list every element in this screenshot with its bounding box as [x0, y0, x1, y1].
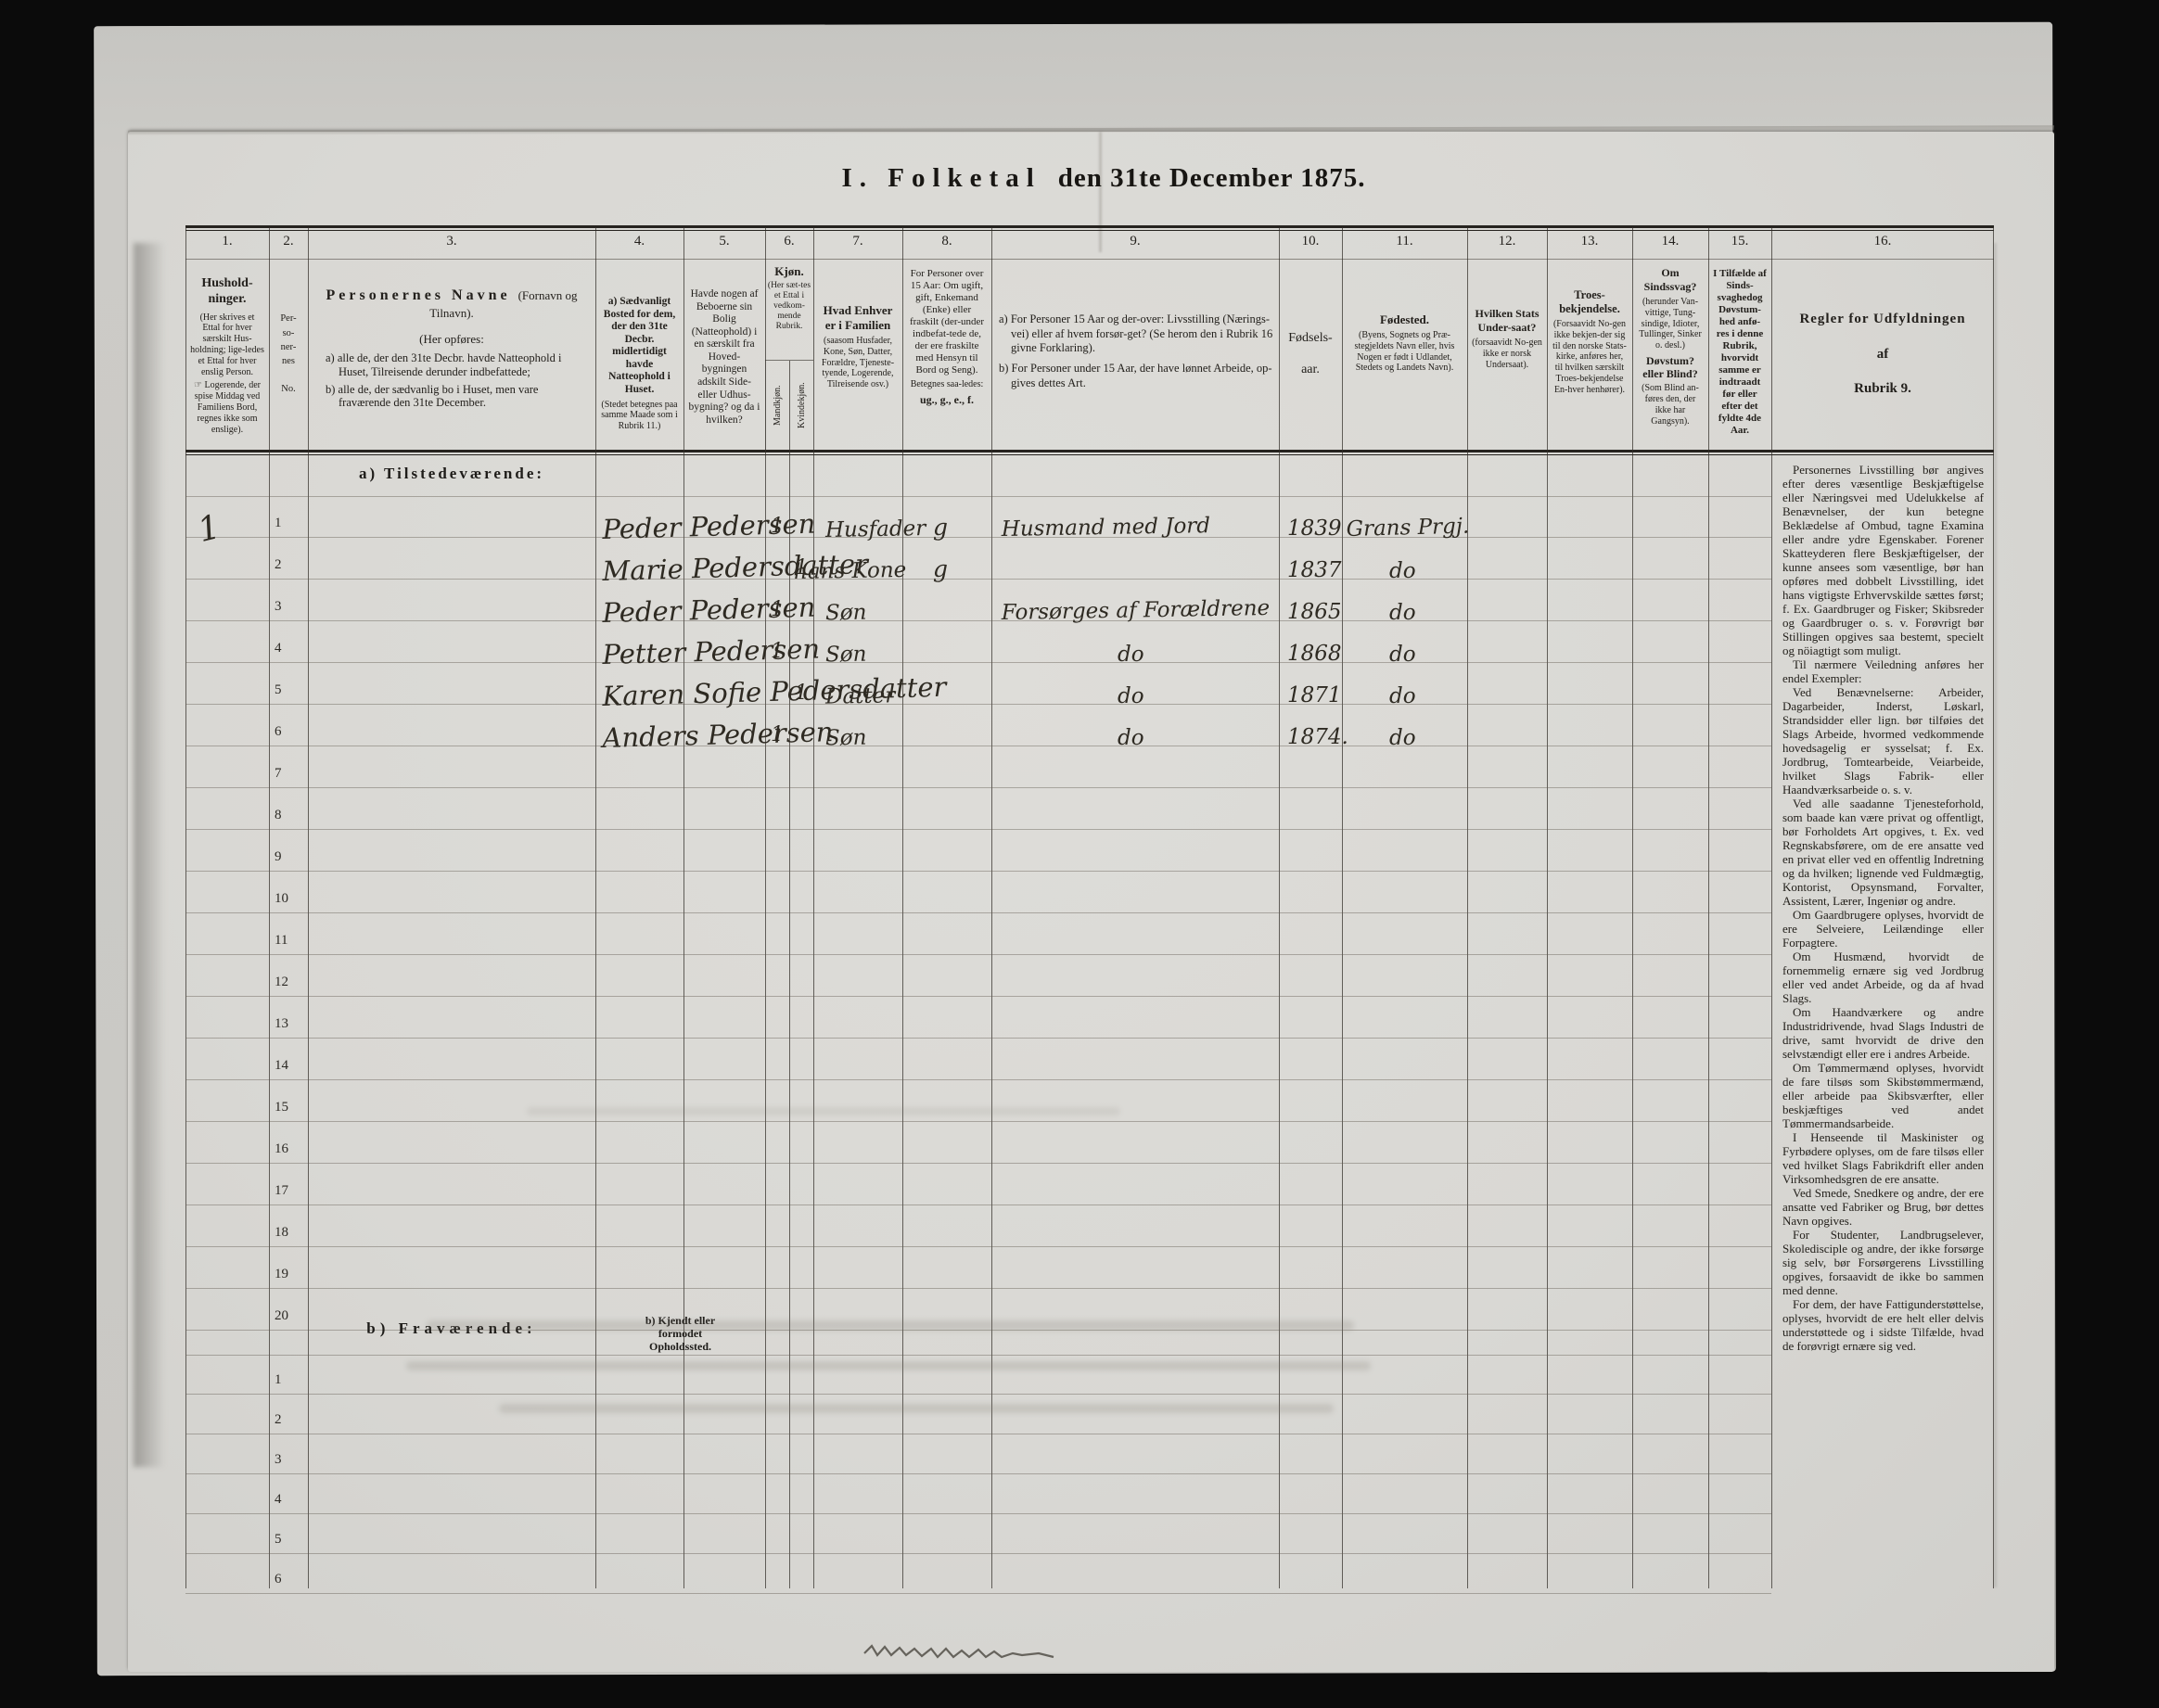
present-rows: 11Peder Pedersen1HusfadergHusmand med Jo…	[185, 496, 1771, 1331]
column-number: 11.	[1342, 227, 1467, 259]
rules-paragraph: Ved Smede, Snedkere og andre, der ere an…	[1782, 1186, 1984, 1228]
section-present-label: a) Tilstedeværende:	[308, 465, 595, 483]
person-no: 8	[275, 808, 282, 823]
person-no: 6	[275, 1572, 282, 1587]
header-title: Om Sindssvag?	[1644, 266, 1697, 293]
family-position: hans Kone	[794, 558, 907, 584]
bleed-through-smudge	[527, 1107, 1120, 1115]
person-no: 15	[275, 1100, 288, 1115]
family-position: Søn	[825, 601, 867, 626]
column-number: 13.	[1547, 227, 1632, 259]
census-row-present-11: 11	[185, 913, 1771, 955]
person-no: 7	[275, 766, 282, 782]
person-no: 19	[275, 1267, 288, 1282]
person-no: 14	[275, 1058, 288, 1074]
census-row-present-5: 5Karen Sofie Pedersdatter1Datterdo1871do	[185, 663, 1771, 705]
header-title: Rubrik 9.	[1776, 381, 1989, 398]
column-number: 2.	[269, 227, 308, 259]
column-header-disability: Om Sindssvag? (herunder Van-vittige, Tun…	[1632, 259, 1708, 450]
column-header-person-no: Per- so- ner- nes No.	[269, 259, 308, 450]
person-no: 3	[275, 599, 282, 615]
census-row-absent-2: 2	[185, 1395, 1771, 1434]
column-number: 3.	[308, 227, 595, 259]
column-header-birthplace: Fødested. (Byens, Sognets og Præ-stegjel…	[1342, 259, 1467, 450]
family-position: Datter	[825, 683, 896, 708]
column-number: 7.	[813, 227, 902, 259]
birth-year: 1839	[1287, 516, 1342, 541]
birthplace: do	[1389, 643, 1416, 667]
person-no: 1	[275, 1372, 282, 1388]
column-number: 5.	[683, 227, 765, 259]
rules-paragraph: I Henseende til Maskinister og Fyrbødere…	[1782, 1130, 1984, 1186]
census-row-present-19: 19	[185, 1247, 1771, 1289]
person-no: 4	[275, 641, 282, 656]
header-note: (Forsaavidt No-gen ikke bekjen-der sig t…	[1552, 319, 1628, 396]
column-header-usual-residence: a) Sædvanligt Bosted for dem, der den 31…	[595, 259, 683, 450]
column-header-citizenship: Hvilken Stats Under-saat? (forsaavidt No…	[1467, 259, 1547, 450]
header-text: I Tilfælde af Sinds-svaghedog Døvstum-he…	[1713, 268, 1767, 436]
census-row-present-4: 4Petter Pedersen1Søndo1868do	[185, 621, 1771, 663]
column-number: 12.	[1467, 227, 1547, 259]
rules-paragraph: Ved Benævnelserne: Arbeider, Dagarbeider…	[1782, 685, 1984, 797]
title-rest: den 31te December 1875.	[1058, 163, 1366, 193]
bleed-through-smudge	[406, 1361, 1371, 1370]
person-no: 16	[275, 1141, 288, 1157]
person-no: 5	[275, 1532, 282, 1548]
census-row-absent-3: 3	[185, 1434, 1771, 1474]
birth-year: 1868	[1287, 642, 1342, 666]
person-no: 5	[275, 682, 282, 698]
column-number: 16.	[1771, 227, 1994, 259]
census-row-absent-6: 6	[185, 1554, 1771, 1594]
census-row-present-18: 18	[185, 1205, 1771, 1247]
person-no: 18	[275, 1225, 288, 1241]
rules-paragraph: Ved alle saadanne Tjenesteforhold, som b…	[1782, 797, 1984, 908]
column-header-sex: Kjøn. (Her sæt-tes et Ettal i vedkom-men…	[765, 259, 813, 450]
census-row-present-16: 16	[185, 1122, 1771, 1164]
census-page: I. Folketalden 31te December 1875. 1.2.3…	[128, 132, 2054, 1672]
header-title: Hvad Enhver er i Familien	[824, 303, 893, 332]
header-title: af	[1776, 347, 1989, 363]
census-row-present-6: 6Anders Pedersen1Søndo1874.do	[185, 705, 1771, 746]
person-no: 4	[275, 1492, 282, 1508]
person-name: Anders Pedersen	[602, 716, 834, 754]
census-row-absent-5: 5	[185, 1514, 1771, 1554]
header-text: a) Sædvanligt Bosted for dem, der den 31…	[604, 296, 675, 395]
column-header-rules: Regler for Udfyldningen af Rubrik 9.	[1771, 259, 1994, 450]
male-mark: 1	[765, 640, 789, 663]
person-no: 2	[275, 1412, 282, 1428]
column-header-marital-status: For Personer over 15 Aar: Om ugift, gift…	[902, 259, 991, 450]
column-number: 8.	[902, 227, 991, 259]
header-item-b: b) For Personer under 15 Aar, der have l…	[996, 362, 1274, 390]
page-title: I. Folketalden 31te December 1875.	[825, 163, 1382, 194]
header-text: For Personer over 15 Aar: Om ugift, gift…	[910, 268, 984, 376]
fold-line-right	[1994, 243, 1997, 1587]
column-number: 1.	[185, 227, 269, 259]
male-mark: 1	[765, 515, 789, 538]
female-column-label: Kvindekjøn.	[790, 361, 814, 450]
rules-paragraph: Om Gaardbrugere oplyses, hvorvidt de ere…	[1782, 908, 1984, 950]
column-number: 6.	[765, 227, 813, 259]
census-row-present-2: 2Marie Pedersdatter1hans Koneg1837do	[185, 538, 1771, 580]
family-position: Søn	[825, 643, 867, 668]
column-header-households: Hushold- ninger. (Her skrives et Ettal f…	[185, 259, 269, 450]
marital-status: g	[933, 555, 948, 582]
census-row-present-17: 17	[185, 1164, 1771, 1205]
rules-paragraph: Personernes Livsstilling bør angives eft…	[1782, 463, 1984, 657]
male-column-label: Mandkjøn.	[765, 361, 790, 450]
rules-paragraph: Om Haandværkere og andre Industridrivend…	[1782, 1005, 1984, 1061]
column-number: 14.	[1632, 227, 1708, 259]
male-mark: 1	[765, 723, 789, 746]
person-no: 11	[275, 933, 287, 949]
header-sub: (Her opføres:	[313, 332, 591, 346]
column-header-names: Personernes Navne (Fornavn og Tilnavn). …	[308, 259, 595, 450]
family-position: Søn	[825, 726, 867, 751]
rules-paragraph: Om Tømmermænd oplyses, hvorvidt de fare …	[1782, 1061, 1984, 1130]
header-title: Troes- bekjendelse.	[1559, 288, 1620, 315]
female-mark: 1	[789, 682, 813, 705]
occupation: do	[1118, 726, 1144, 750]
birthplace: Grans Prgj.	[1346, 515, 1469, 542]
census-row-present-10: 10	[185, 872, 1771, 913]
rules-paragraph: Om Husmænd, hvorvidt de fornemmelig ernæ…	[1782, 950, 1984, 1005]
column-number: 10.	[1279, 227, 1342, 259]
section-absent: b) Fraværende: b) Kjendt eller formodet …	[185, 1312, 1771, 1356]
table-header: Hushold- ninger. (Her skrives et Ettal f…	[185, 259, 1994, 450]
absent-rows: 123456	[185, 1355, 1771, 1594]
header-item-b: b) alle de, der sædvanlig bo i Huset, me…	[313, 383, 591, 411]
person-no: 2	[275, 557, 282, 573]
header-note2: (Som Blind an-føres den, der ikke har Ga…	[1637, 383, 1704, 427]
birth-year: 1865	[1287, 600, 1342, 624]
column-header-disability-age: I Tilfælde af Sinds-svaghedog Døvstum-he…	[1708, 259, 1771, 450]
header-item-a: a) For Personer 15 Aar og der-over: Livs…	[996, 312, 1274, 356]
bleed-through-smudge	[499, 1404, 1334, 1413]
rules-paragraph: Til nærmere Veiledning anføres her endel…	[1782, 657, 1984, 685]
marital-status: g	[933, 514, 948, 541]
column-header-birth-year: Fødsels- aar.	[1279, 259, 1342, 450]
birthplace: do	[1389, 559, 1416, 583]
census-row-present-14: 14	[185, 1039, 1771, 1080]
birthplace: do	[1389, 601, 1416, 625]
header-title: Personernes Navne (Fornavn og Tilnavn).	[313, 287, 591, 323]
header-note: (forsaavidt No-gen ikke er norsk Undersa…	[1472, 338, 1542, 370]
bleed-through-smudge	[427, 1320, 1354, 1331]
column-header-creed: Troes- bekjendelse. (Forsaavidt No-gen i…	[1547, 259, 1632, 450]
column-header-family-position: Hvad Enhver er i Familien (saasom Husfad…	[813, 259, 902, 450]
header-note: (Stedet betegnes paa samme Maade som i R…	[600, 400, 679, 432]
person-no: 10	[275, 891, 288, 907]
header-item-a: a) alle de, der den 31te Decbr. havde Na…	[313, 351, 591, 379]
birthplace: do	[1389, 726, 1416, 750]
header-note: Betegnes saa-ledes:	[907, 379, 987, 390]
column-number: 9.	[991, 227, 1279, 259]
census-row-present-9: 9	[185, 830, 1771, 872]
header-title2: Døvstum? eller Blind?	[1637, 354, 1704, 380]
header-note: Logerende, der spise Middag ved Familien…	[195, 380, 261, 434]
column-header-outbuilding: Havde nogen af Beboerne sin Bolig (Natte…	[683, 259, 765, 450]
census-row-present-3: 3Peder Pedersen1SønForsørges af Forældre…	[185, 580, 1771, 621]
person-no: 1	[275, 516, 282, 531]
title-prefix: I. Folketal	[841, 163, 1041, 193]
page-edge-shadow	[134, 243, 165, 1467]
census-row-present-7: 7	[185, 746, 1771, 788]
birth-year: 1874.	[1287, 725, 1348, 749]
pointing-hand-icon: ☞	[194, 380, 202, 390]
header-title: Hvilken Stats Under-saat?	[1475, 307, 1539, 334]
header-title: Hushold- ninger.	[190, 276, 264, 308]
column-number-row: 1.2.3.4.5.6.7.8.9.10.11.12.13.14.15.16.	[185, 227, 1994, 259]
person-no: 9	[275, 849, 282, 865]
occupation: Husmand med Jord	[1002, 514, 1211, 542]
column-number: 15.	[1708, 227, 1771, 259]
header-title: Kjøn.	[767, 264, 811, 278]
sex-subcolumns: Mandkjøn. Kvindekjøn.	[765, 360, 813, 450]
census-row-present-13: 13	[185, 997, 1771, 1039]
male-mark: 1	[765, 598, 789, 621]
header-title: Fødested.	[1380, 312, 1429, 326]
person-no: 12	[275, 975, 288, 990]
scan-background: I. Folketalden 31te December 1875. 1.2.3…	[0, 0, 2159, 1708]
census-row-present-12: 12	[185, 955, 1771, 997]
census-row-present-1: 11Peder Pedersen1HusfadergHusmand med Jo…	[185, 496, 1771, 538]
header-note: (Her sæt-tes et Ettal i vedkom-mende Rub…	[767, 281, 811, 332]
occupation: do	[1118, 643, 1144, 667]
header-note: (Her skrives et Ettal for hver særskilt …	[190, 312, 264, 378]
header-note: (Byens, Sognets og Præ-stegjeldets Navn …	[1347, 330, 1463, 374]
section-present: a) Tilstedeværende:	[185, 455, 1771, 497]
person-no: 6	[275, 724, 282, 740]
column-header-occupation: a) For Personer 15 Aar og der-over: Livs…	[991, 259, 1279, 450]
occupation: Forsørges af Forældrene	[1002, 596, 1271, 625]
header-text: Havde nogen af Beboerne sin Bolig (Natte…	[689, 288, 760, 426]
birth-year: 1871	[1287, 683, 1342, 707]
header-note: (saasom Husfader, Kone, Søn, Datter, For…	[818, 336, 898, 390]
birth-year: 1837	[1287, 558, 1342, 582]
column-number: 4.	[595, 227, 683, 259]
occupation: do	[1118, 684, 1144, 708]
census-table: 1.2.3.4.5.6.7.8.9.10.11.12.13.14.15.16. …	[185, 225, 1994, 1588]
census-row-present-8: 8	[185, 788, 1771, 830]
family-position: Husfader	[825, 516, 926, 542]
rules-paragraph: For Studenter, Landbrugselever, Skoledis…	[1782, 1228, 1984, 1297]
header-title: Regler for Udfyldningen	[1776, 312, 1989, 328]
birthplace: do	[1389, 684, 1416, 708]
rules-paragraph: For dem, der have Fattigunderstøttelse, …	[1782, 1297, 1984, 1353]
person-no: 3	[275, 1452, 282, 1468]
person-no: 13	[275, 1016, 288, 1032]
header-note: (herunder Van-vittige, Tung-sindige, Idi…	[1637, 297, 1704, 351]
handwritten-squiggle	[862, 1638, 1076, 1667]
header-codes: ug., g., e., f.	[907, 393, 987, 406]
rubrik9-rules-text: Personernes Livsstilling bør angives eft…	[1771, 455, 1994, 1588]
census-row-absent-4: 4	[185, 1474, 1771, 1514]
person-no: 17	[275, 1183, 288, 1199]
census-row-present-15: 15	[185, 1080, 1771, 1122]
